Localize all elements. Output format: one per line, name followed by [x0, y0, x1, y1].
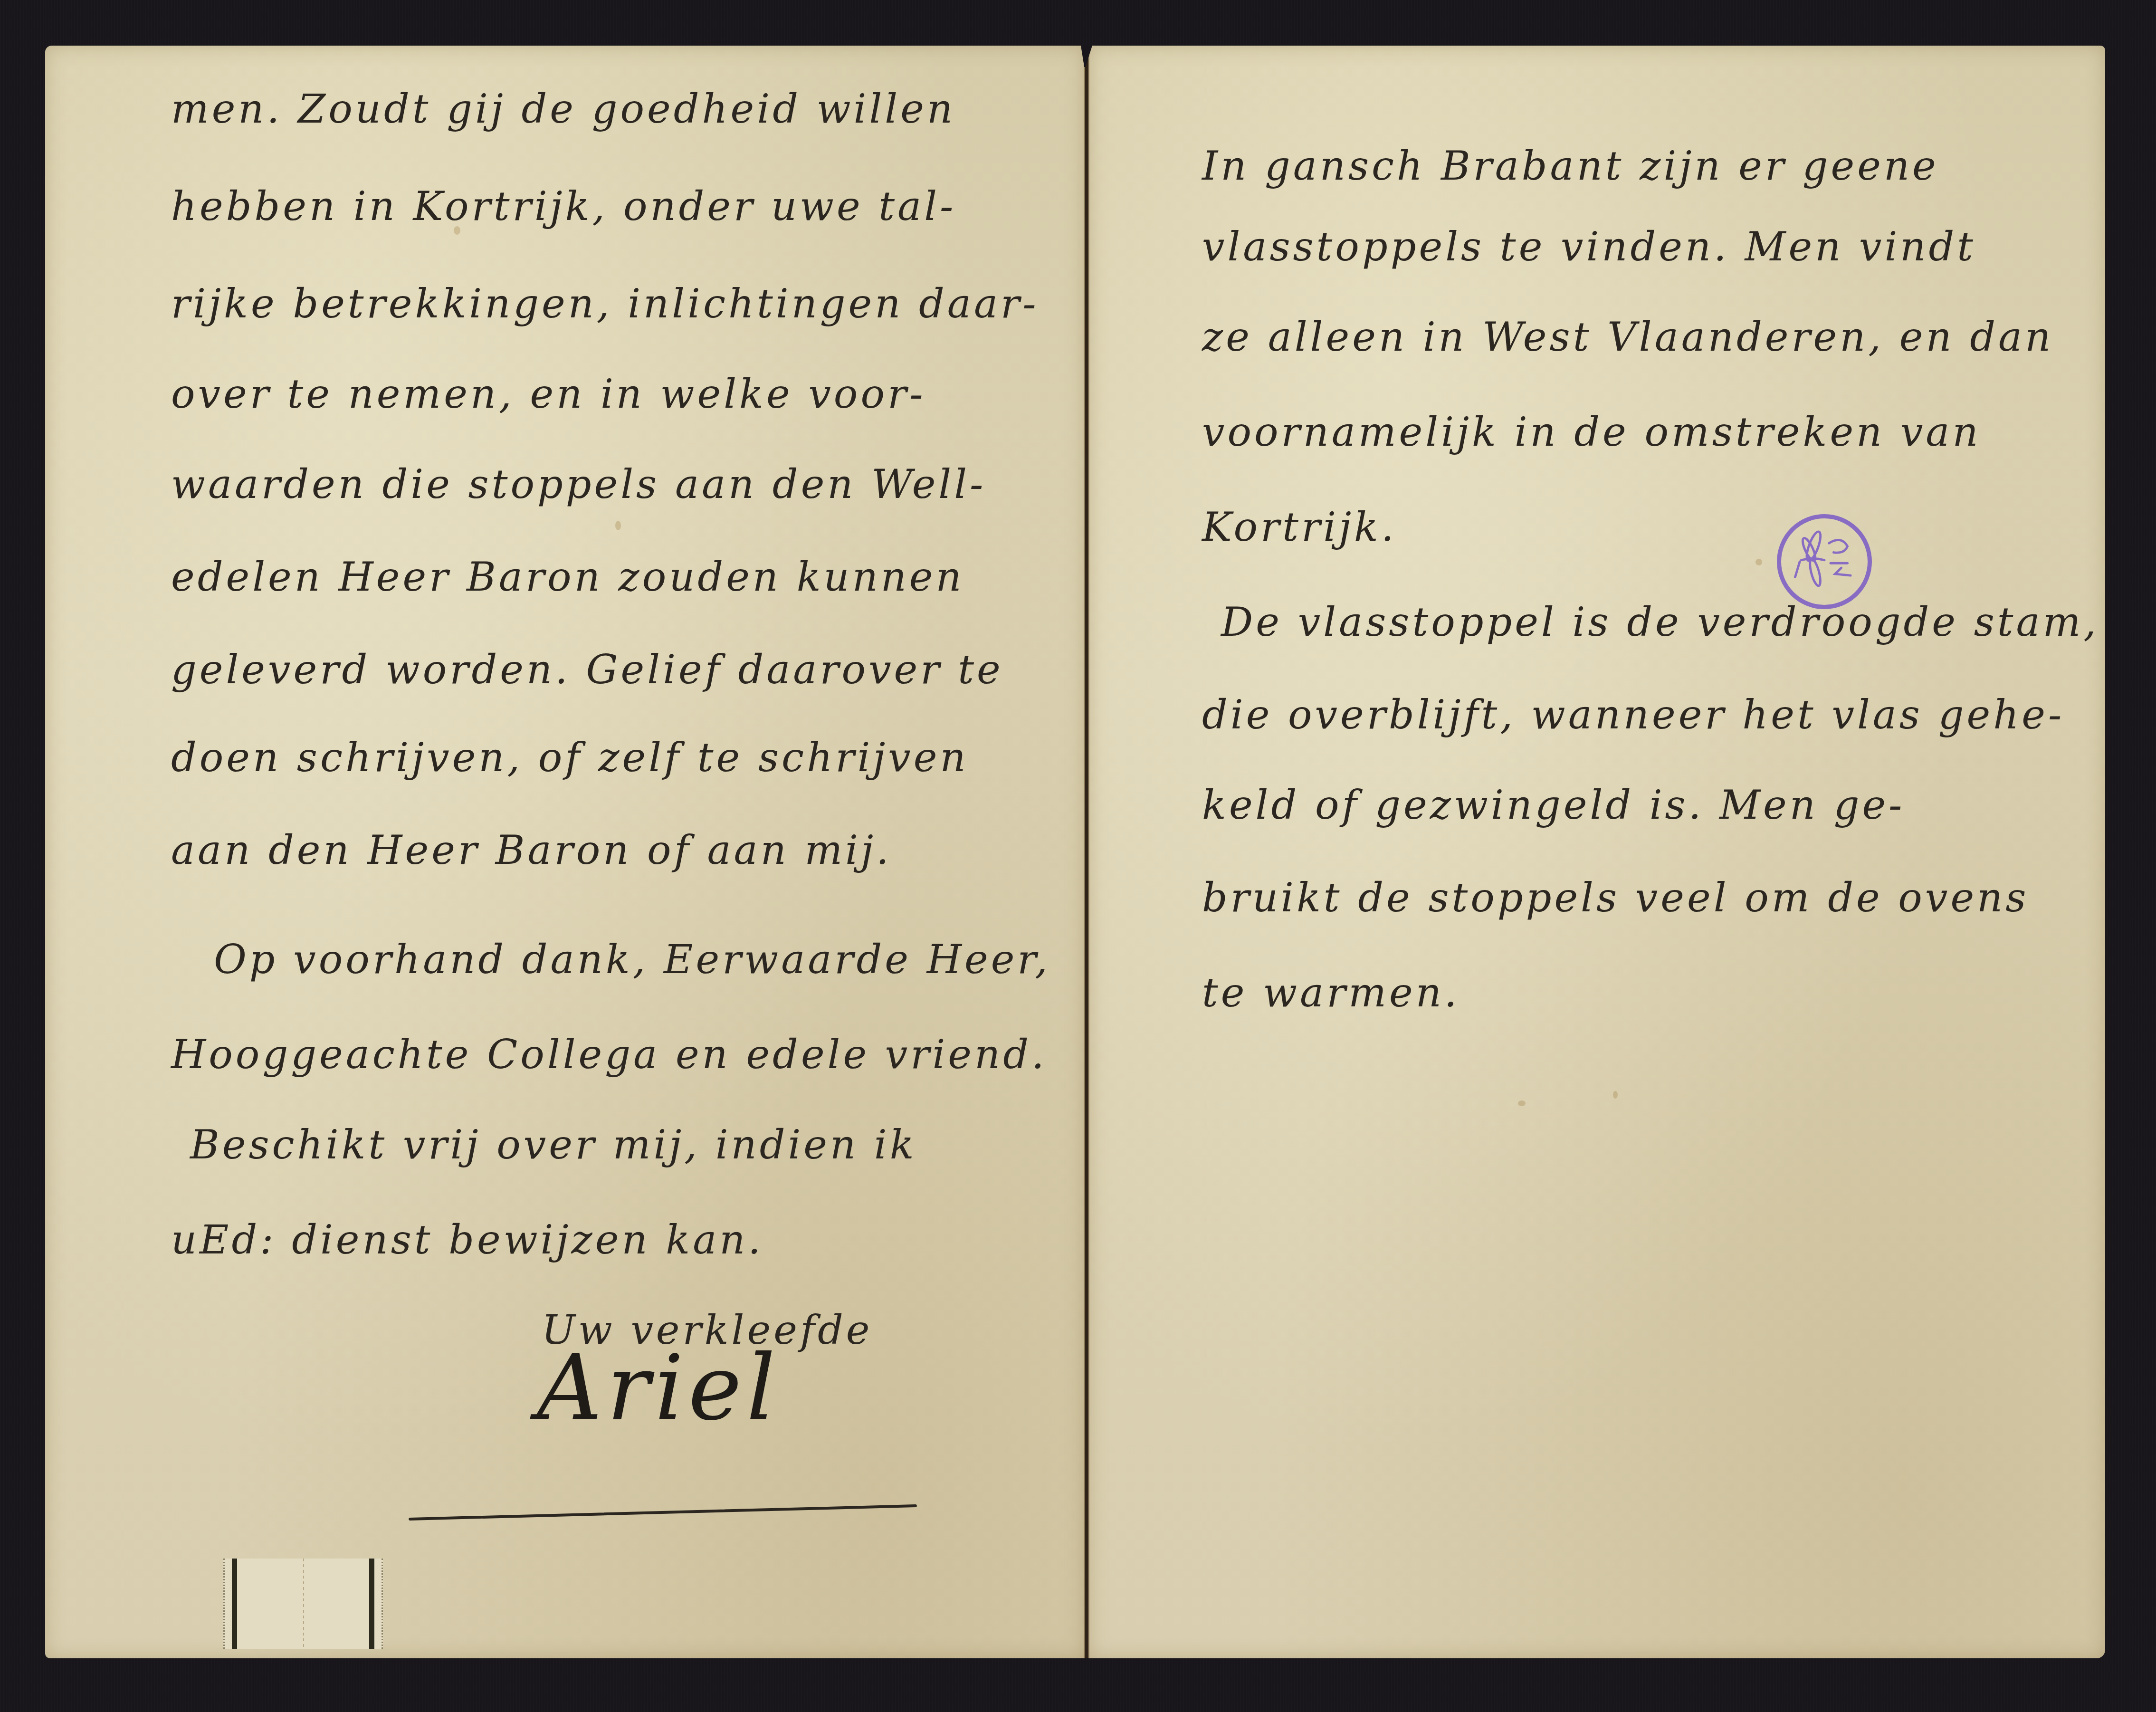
- text-line: Hooggeachte Collega en edele vriend.: [171, 1031, 1047, 1078]
- text-line: vlasstoppels te vinden. Men vindt: [1202, 223, 1976, 270]
- right-page: [1088, 46, 2105, 1658]
- text-line: men. Zoudt gij de goedheid willen: [171, 86, 955, 132]
- text-line: De vlasstoppel is de verdroogde stam,: [1221, 599, 2099, 645]
- dragonfly-monogram-stamp-icon: [1777, 514, 1872, 609]
- text-line: uEd: dienst bewijzen kan.: [171, 1216, 763, 1263]
- foxing-spot: [1518, 1100, 1526, 1106]
- archive-marker-strip: [223, 1559, 383, 1649]
- text-line: ze alleen in West Vlaanderen, en dan: [1202, 314, 2053, 360]
- marker-divider: [303, 1559, 304, 1649]
- text-line: Kortrijk.: [1202, 504, 1397, 550]
- text-line: Beschikt vrij over mij, indien ik: [190, 1121, 917, 1168]
- text-line: rijke betrekkingen, inlichtingen daar-: [171, 280, 1039, 327]
- text-line: over te nemen, en in welke voor-: [171, 371, 926, 417]
- text-line: die overblijft, wanneer het vlas gehe-: [1202, 691, 2064, 738]
- text-line: keld of gezwingeld is. Men ge-: [1202, 782, 1905, 828]
- foxing-spot: [615, 521, 621, 530]
- text-line: Op voorhand dank, Eerwaarde Heer,: [214, 936, 1050, 983]
- text-line: hebben in Kortrijk, onder uwe tal-: [171, 183, 956, 230]
- text-line: In gansch Brabant zijn er geene: [1202, 143, 1939, 189]
- marker-bar-right: [369, 1559, 374, 1649]
- text-line: doen schrijven, of zelf te schrijven: [171, 734, 969, 781]
- foxing-spot: [1613, 1091, 1618, 1099]
- text-line: te warmen.: [1202, 969, 1460, 1016]
- foxing-spot: [1755, 559, 1762, 565]
- text-line: aan den Heer Baron of aan mij.: [171, 827, 892, 873]
- text-line: waarden die stoppels aan den Well-: [171, 461, 986, 507]
- text-line: voornamelijk in de omstreken van: [1202, 409, 1981, 455]
- text-line: bruikt de stoppels veel om de ovens: [1202, 874, 2029, 921]
- text-line: edelen Heer Baron zouden kunnen: [171, 554, 964, 600]
- marker-bar-left: [232, 1559, 237, 1649]
- text-line: geleverd worden. Gelief daarover te: [171, 646, 1003, 693]
- page-fold: [1084, 46, 1089, 1658]
- signature: Ariel: [537, 1335, 780, 1440]
